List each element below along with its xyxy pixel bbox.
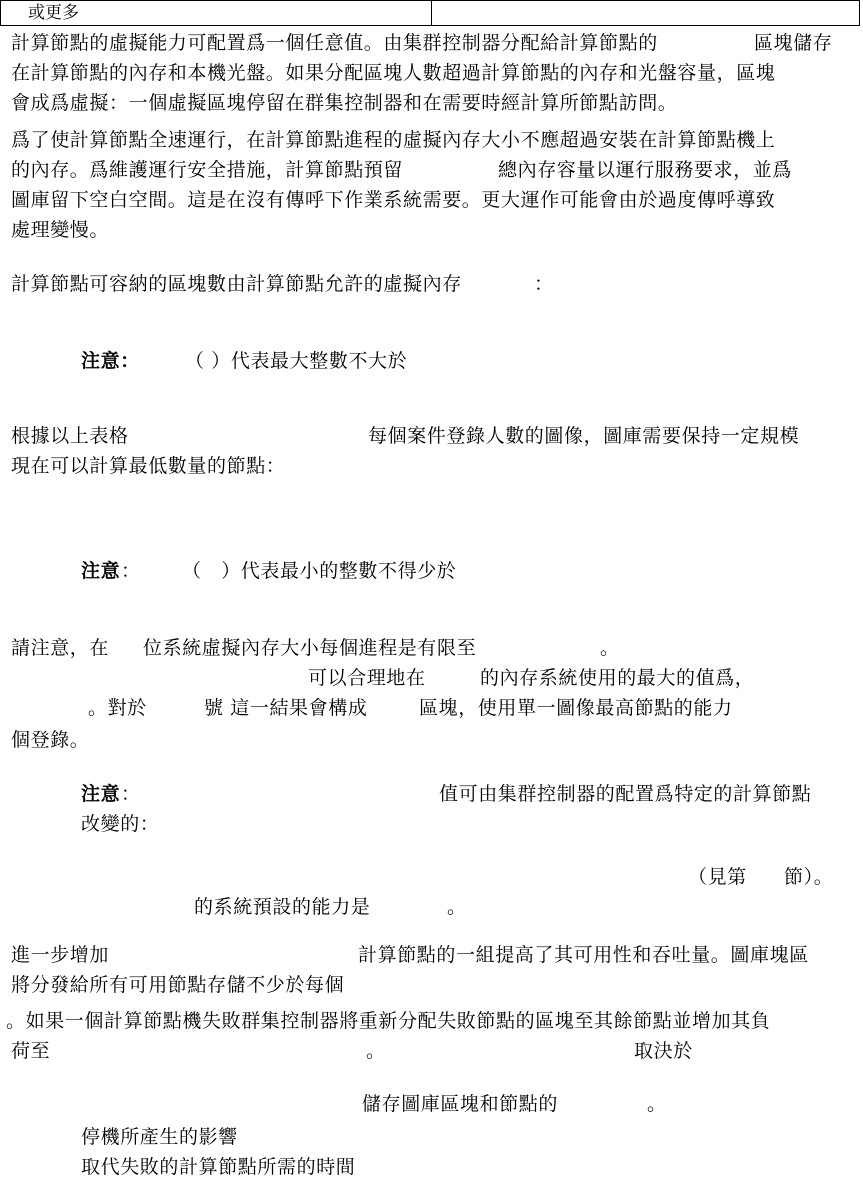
paragraph-text: 處理變慢。 xyxy=(11,217,109,243)
note-label-colon: ： xyxy=(121,558,141,584)
paragraph-text: 現在可以計算最低數量的節點： xyxy=(11,453,285,479)
paragraph-text: 計算節點可容納的區塊數由計算節點允許的虛擬內存 xyxy=(11,271,462,297)
table-cell: 或更多 xyxy=(1,1,432,25)
paragraph-text: 位系統虛擬內存大小每個進程是有限至 xyxy=(143,635,476,661)
note-text: （ ）代表最小的整數不得少於 xyxy=(182,558,456,584)
paragraph-text: 總內存容量以運行服務要求，並爲 xyxy=(498,157,792,183)
note-text: （見第 xyxy=(688,864,747,890)
paragraph-text: 在計算節點的內存和本機光盤。如果分配區塊人數超過計算節點的內存和光盤容量，區塊 xyxy=(11,60,775,86)
paragraph-text: 請注意，在 xyxy=(11,635,109,661)
table-cell xyxy=(432,1,859,25)
paragraph-text: ： xyxy=(534,271,554,297)
document-page: 或更多 計算節點的虛擬能力可配置爲一個任意值。由集群控制器分配給計算節點的 區塊… xyxy=(0,0,863,1180)
note-text: 值可由集群控制器的配置爲特定的計算節點 xyxy=(439,781,811,807)
paragraph-text: 。如果一個計算節點機失敗群集控制器將重新分配失敗節點的區塊至其餘節點並增加其負 xyxy=(6,1008,770,1034)
paragraph-text: 個登錄。 xyxy=(11,727,89,753)
table-row: 或更多 xyxy=(0,0,860,26)
paragraph-text: 根據以上表格 xyxy=(11,423,129,449)
paragraph-text: 計算節點的一組提高了其可用性和吞吐量。圖庫塊區 xyxy=(358,942,809,968)
note-text: （ ）代表最大整數不大於 xyxy=(185,348,407,374)
paragraph-text: 計算節點的虛擬能力可配置爲一個任意值。由集群控制器分配給計算節點的 xyxy=(11,30,658,56)
paragraph-text: 會成爲虛擬：一個虛擬區塊停留在群集控制器和在需要時經計算所節點訪問。 xyxy=(11,90,677,116)
note-label: 注意 xyxy=(81,781,120,807)
paragraph-text: 爲了使計算節點全速運行，在計算節點進程的虛擬內存大小不應超過安裝在計算節點機上 xyxy=(11,127,775,153)
paragraph-text: 儲存圖庫區塊和節點的 xyxy=(362,1091,558,1117)
paragraph-text: 將分發給所有可用節點存儲不少於每個 xyxy=(11,972,344,998)
note-label: 注意： xyxy=(81,348,140,374)
paragraph-text: 可以合理地在 xyxy=(308,665,426,691)
note-text: 。 xyxy=(447,894,467,920)
note-text: 節）。 xyxy=(784,864,833,890)
note-text: 改變的： xyxy=(81,811,159,837)
paragraph-text: 的內存系統使用的最大的值爲， xyxy=(480,665,754,691)
paragraph-text: 。 xyxy=(600,635,620,661)
paragraph-text: 荷至 xyxy=(11,1038,50,1064)
paragraph-text: 每個案件登錄人數的圖像，圖庫需要保持一定規模 xyxy=(368,423,799,449)
paragraph-text: 圖庫留下空白空間。這是在沒有傳呼下作業系統需要。更大運作可能會由於過度傳呼導致 xyxy=(11,187,775,213)
paragraph-text: 取決於 xyxy=(634,1038,693,1064)
list-item: 取代失敗的計算節點所需的時間 xyxy=(81,1154,355,1180)
paragraph-text: 的內存。爲維護運行安全措施，計算節點預留 xyxy=(11,157,403,183)
paragraph-text: 進一步增加 xyxy=(11,942,109,968)
note-text: 的系統預設的能力是 xyxy=(194,894,370,920)
paragraph-text: 。對於 xyxy=(88,695,147,721)
note-label-colon: ： xyxy=(121,781,141,807)
paragraph-text: 號 這一結果會構成 xyxy=(204,695,367,721)
note-label: 注意 xyxy=(81,558,120,584)
paragraph-text: 區塊，使用單一圖像最高節點的能力 xyxy=(419,695,733,721)
paragraph-text: 。 xyxy=(366,1038,386,1064)
list-item: 停機所產生的影響 xyxy=(81,1124,238,1150)
paragraph-text: 區塊儲存 xyxy=(754,30,832,56)
paragraph-text: 。 xyxy=(647,1091,667,1117)
